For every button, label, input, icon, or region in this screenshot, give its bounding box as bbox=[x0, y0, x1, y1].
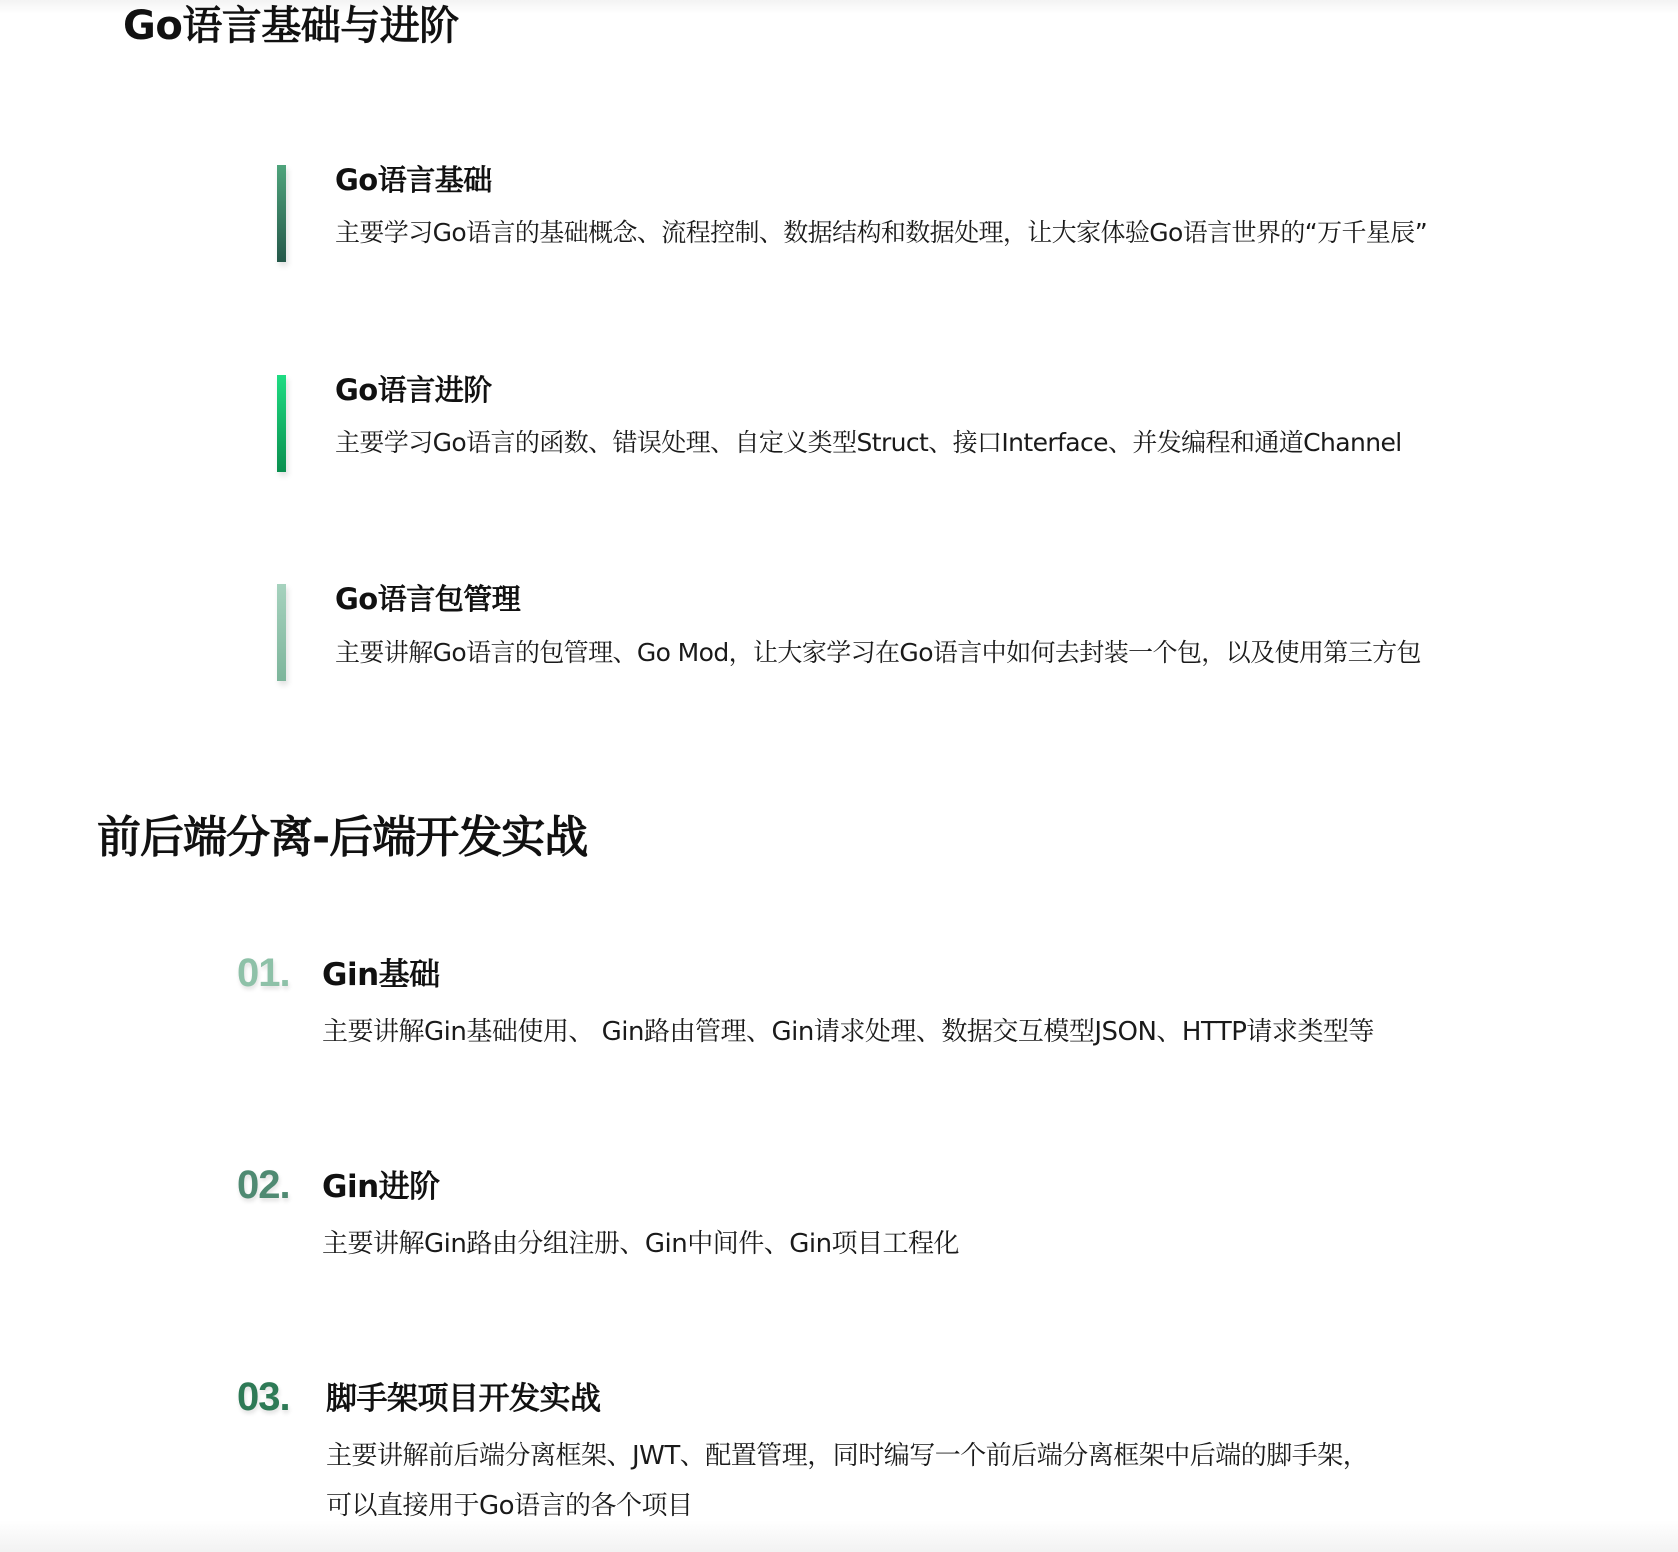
step-number-2: 02. bbox=[237, 1162, 290, 1208]
section-title-go-basics: Go语言基础与进阶 bbox=[123, 0, 459, 52]
step-desc-3-line-2: 可以直接用于Go语言的各个项目 bbox=[326, 1481, 693, 1531]
accent-bar-2 bbox=[277, 375, 286, 472]
step-desc-3-line-1: 主要讲解前后端分离框架、JWT、配置管理，同时编写一个前后端分离框架中后端的脚手… bbox=[326, 1431, 1368, 1481]
step-number-1: 01. bbox=[237, 950, 290, 996]
item-title-2: Go语言进阶 bbox=[335, 372, 492, 408]
step-number-3: 03. bbox=[237, 1374, 290, 1420]
accent-bar-3 bbox=[277, 584, 286, 681]
item-desc-3: 主要讲解Go语言的包管理、Go Mod，让大家学习在Go语言中如何去封装一个包，… bbox=[335, 636, 1421, 670]
item-title-1: Go语言基础 bbox=[335, 162, 492, 198]
step-desc-2: 主要讲解Gin路由分组注册、Gin中间件、Gin项目工程化 bbox=[322, 1219, 959, 1269]
step-title-1: Gin基础 bbox=[322, 955, 440, 995]
step-desc-1: 主要讲解Gin基础使用、 Gin路由管理、Gin请求处理、数据交互模型JSON、… bbox=[322, 1007, 1374, 1057]
item-desc-1: 主要学习Go语言的基础概念、流程控制、数据结构和数据处理，让大家体验Go语言世界… bbox=[335, 216, 1427, 250]
step-title-3: 脚手架项目开发实战 bbox=[326, 1379, 601, 1419]
accent-bar-1 bbox=[277, 165, 286, 262]
item-desc-2: 主要学习Go语言的函数、错误处理、自定义类型Struct、接口Interface… bbox=[335, 426, 1402, 460]
section-title-backend: 前后端分离-后端开发实战 bbox=[97, 810, 587, 866]
step-title-2: Gin进阶 bbox=[322, 1167, 440, 1207]
item-title-3: Go语言包管理 bbox=[335, 581, 520, 617]
